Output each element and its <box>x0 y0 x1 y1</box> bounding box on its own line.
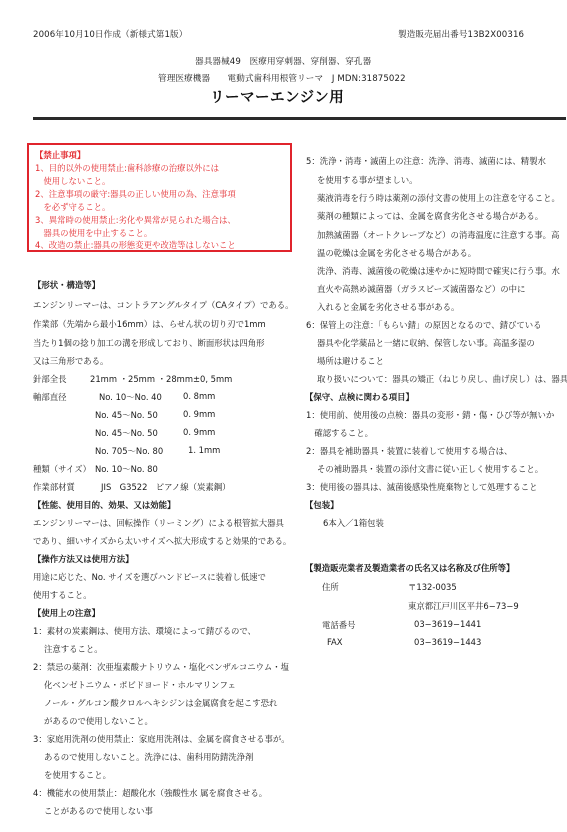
maintenance-section-title: 【保守、点検に関わる項目】 <box>305 391 414 403</box>
prohibition-line: 3、異常時の使用禁止:劣化や異常が見られた場合は、 <box>35 215 236 226</box>
approval-number: 製造販売届出番号13B2X00316 <box>398 28 524 40</box>
shape-section-title: 【形状・構造等】 <box>33 279 100 291</box>
caution-line: 薬剤の種類によっては、金属を腐食劣化させる場合がある。 <box>306 210 543 222</box>
method-line: 用途に応じた、No. サイズを選びハンドピースに装着し低速で <box>33 571 266 583</box>
shaft-diameter-label: 軸部直径 <box>33 391 67 403</box>
method-line: 使用すること。 <box>33 589 92 601</box>
maintenance-line: 2：器具を補助器具・装置に装着して使用する場合は、 <box>306 445 512 457</box>
postal-code: 〒132-0035 <box>408 581 457 593</box>
caution-section-title: 【使用上の注意】 <box>33 607 100 619</box>
caution-line: 取り扱いについて：器具の矯正（ねじり戻し、曲げ戻し）は、器具の <box>306 373 567 385</box>
performance-line: であり、細いサイズから太いサイズへ拡大形成すると効果的である。 <box>33 535 291 547</box>
needle-length-value: 21mm ・25mm ・28mm±0, 5mm <box>90 373 232 385</box>
page-title: リーマーエンジン用 <box>210 86 344 107</box>
caution-line: 3：家庭用洗剤の使用禁止：家庭用洗剤は、金属を腐食させる事が。 <box>33 733 290 745</box>
shaft-range: No. 705〜No. 80 <box>95 445 163 457</box>
prohibition-line: 4、改造の禁止:器具の形態変更や改造等はしないこと <box>35 240 236 251</box>
address-label: 住所 <box>322 581 339 593</box>
method-section-title: 【操作方法又は使用方法】 <box>33 553 134 565</box>
caution-line: を使用すること。 <box>33 769 111 781</box>
header-divider <box>33 117 566 120</box>
shape-line: エンジンリーマーは、コントラアングルタイプ（CAタイプ）である。 <box>33 299 294 311</box>
caution-line: 化ベンゼトニウム・ポビドヨード・ホルマリンフェ <box>33 679 236 691</box>
phone-label: 電話番号 <box>322 619 356 631</box>
caution-line: あるので使用しないこと。洗浄には、歯科用防錆洗浄剤 <box>33 751 253 763</box>
material-label: 作業部材質 <box>33 481 75 493</box>
performance-section-title: 【性能、使用目的、効果、又は効能】 <box>33 499 175 511</box>
caution-line: ことがあるので使用しない事 <box>33 805 153 817</box>
caution-line: 注意すること。 <box>33 643 103 655</box>
caution-line: 場所は避けること <box>306 355 384 367</box>
caution-line: 温の乾燥は金属を劣化させる場合がある。 <box>306 247 476 259</box>
caution-line: 直火や高熱め滅菌器（ガラスビーズ滅菌器など）の中に <box>306 283 525 295</box>
shape-line: 作業部（先端から最小16mm）は、らせん状の切り刃で1mm <box>33 318 266 330</box>
caution-line: 加熱滅菌器（オートクレーブなど）の消毒温度に注意する事。高 <box>306 229 559 241</box>
shape-line: 当たり1個の捻り加工の溝を形成しており、断面形状は四角形 <box>33 337 264 349</box>
caution-line: ノール・グルコン酸クロルヘキシジンは金属腐食を起こす恐れ <box>33 697 277 709</box>
maintenance-line: その補助器具・装置の添付文書に従い正しく使用すること。 <box>306 463 543 475</box>
manufacturer-section-title: 【製造販売業者及製造業者の氏名又は名称及び住所等】 <box>305 562 514 574</box>
caution-line: があるので使用しないこと。 <box>33 715 153 727</box>
shaft-range: No. 45〜No. 50 <box>95 409 158 421</box>
caution-line: 6：保管上の注意：「もらい錆」の原因となるので、錆びている <box>306 319 541 331</box>
maintenance-line: 1：使用前、使用後の点検：器具の変形・錆・傷・ひび等が無いか <box>306 409 554 421</box>
shaft-diameter: 0. 9mm <box>183 409 215 419</box>
device-class: 器具器械49 医療用穿刺器、穿削器、穿孔器 <box>195 55 371 67</box>
shaft-diameter: 1. 1mm <box>188 445 220 455</box>
material-value: JIS G3522 ピアノ線（炭素鋼） <box>101 481 231 493</box>
fax-number: 03−3619−1443 <box>414 637 481 647</box>
shaft-diameter: 0. 8mm <box>183 391 215 401</box>
address: 東京都江戸川区平井6−73−9 <box>408 600 519 612</box>
size-value: No. 10〜No. 80 <box>95 463 158 475</box>
size-label: 種類（サイズ） <box>33 463 91 475</box>
caution-line: 2：禁忌の薬剤：次亜塩素酸ナトリウム・塩化ベンザルコニウム・塩 <box>33 661 289 673</box>
prohibition-line: 1、目的以外の使用禁止:歯科診療の治療以外には <box>35 163 219 174</box>
shaft-range: No. 10〜No. 40 <box>99 391 162 403</box>
prohibition-line: 器具の使用を中止すること。 <box>35 228 152 239</box>
caution-line: 洗浄、消毒、滅菌後の乾燥は速やかに短時間で確実に行う事。水 <box>306 265 560 277</box>
prohibition-line: 使用しないこと。 <box>35 176 110 187</box>
performance-line: エンジンリーマーは、回転操作（リーミング）による根管拡大器具 <box>33 517 284 529</box>
caution-line: 器具や化学薬品と一緒に収納、保管しない事。高温多湿の <box>306 337 535 349</box>
shape-line: 又は三角形である。 <box>33 355 108 367</box>
caution-line: 5：洗浄・消毒・滅菌上の注意：洗浄、消毒、滅菌には、精製水 <box>306 155 546 167</box>
caution-line: 入れると金属を劣化させる事がある。 <box>306 301 459 313</box>
prohibition-line: 2、注意事項の厳守:器具の正しい使用の為、注意事項 <box>35 189 236 200</box>
phone-number: 03−3619−1441 <box>414 619 481 629</box>
created-date: 2006年10月10日作成（新様式第1版） <box>33 28 187 40</box>
packaging-value: 6本入／1箱包装 <box>323 517 384 529</box>
maintenance-line: 確認すること。 <box>306 427 373 439</box>
packaging-section-title: 【包装】 <box>305 499 339 511</box>
shaft-range: No. 45〜No. 50 <box>95 427 158 439</box>
caution-line: 4：機能水の使用禁止：超酸化水（強酸性水 属を腐食させる。 <box>33 787 267 799</box>
maintenance-line: 3：使用後の器具は、滅菌後感染性廃棄物として処理すること <box>306 481 537 493</box>
caution-line: 1：素材の炭素鋼は、使用方法、環境によって錆びるので、 <box>33 625 256 637</box>
caution-line: 薬液消毒を行う時は薬剤の添付文書の使用上の注意を守ること。 <box>306 192 560 204</box>
prohibitions-title: 【禁止事項】 <box>35 150 85 161</box>
fax-label: FAX <box>327 637 343 647</box>
shaft-diameter: 0. 9mm <box>183 427 215 437</box>
prohibition-line: を必ず守ること。 <box>35 202 110 213</box>
needle-length-label: 針部全長 <box>33 373 67 385</box>
device-category: 管理医療機器 電動式歯科用根管リーマ J MDN:31875022 <box>158 72 406 84</box>
caution-line: を使用する事が望ましい。 <box>306 174 418 186</box>
